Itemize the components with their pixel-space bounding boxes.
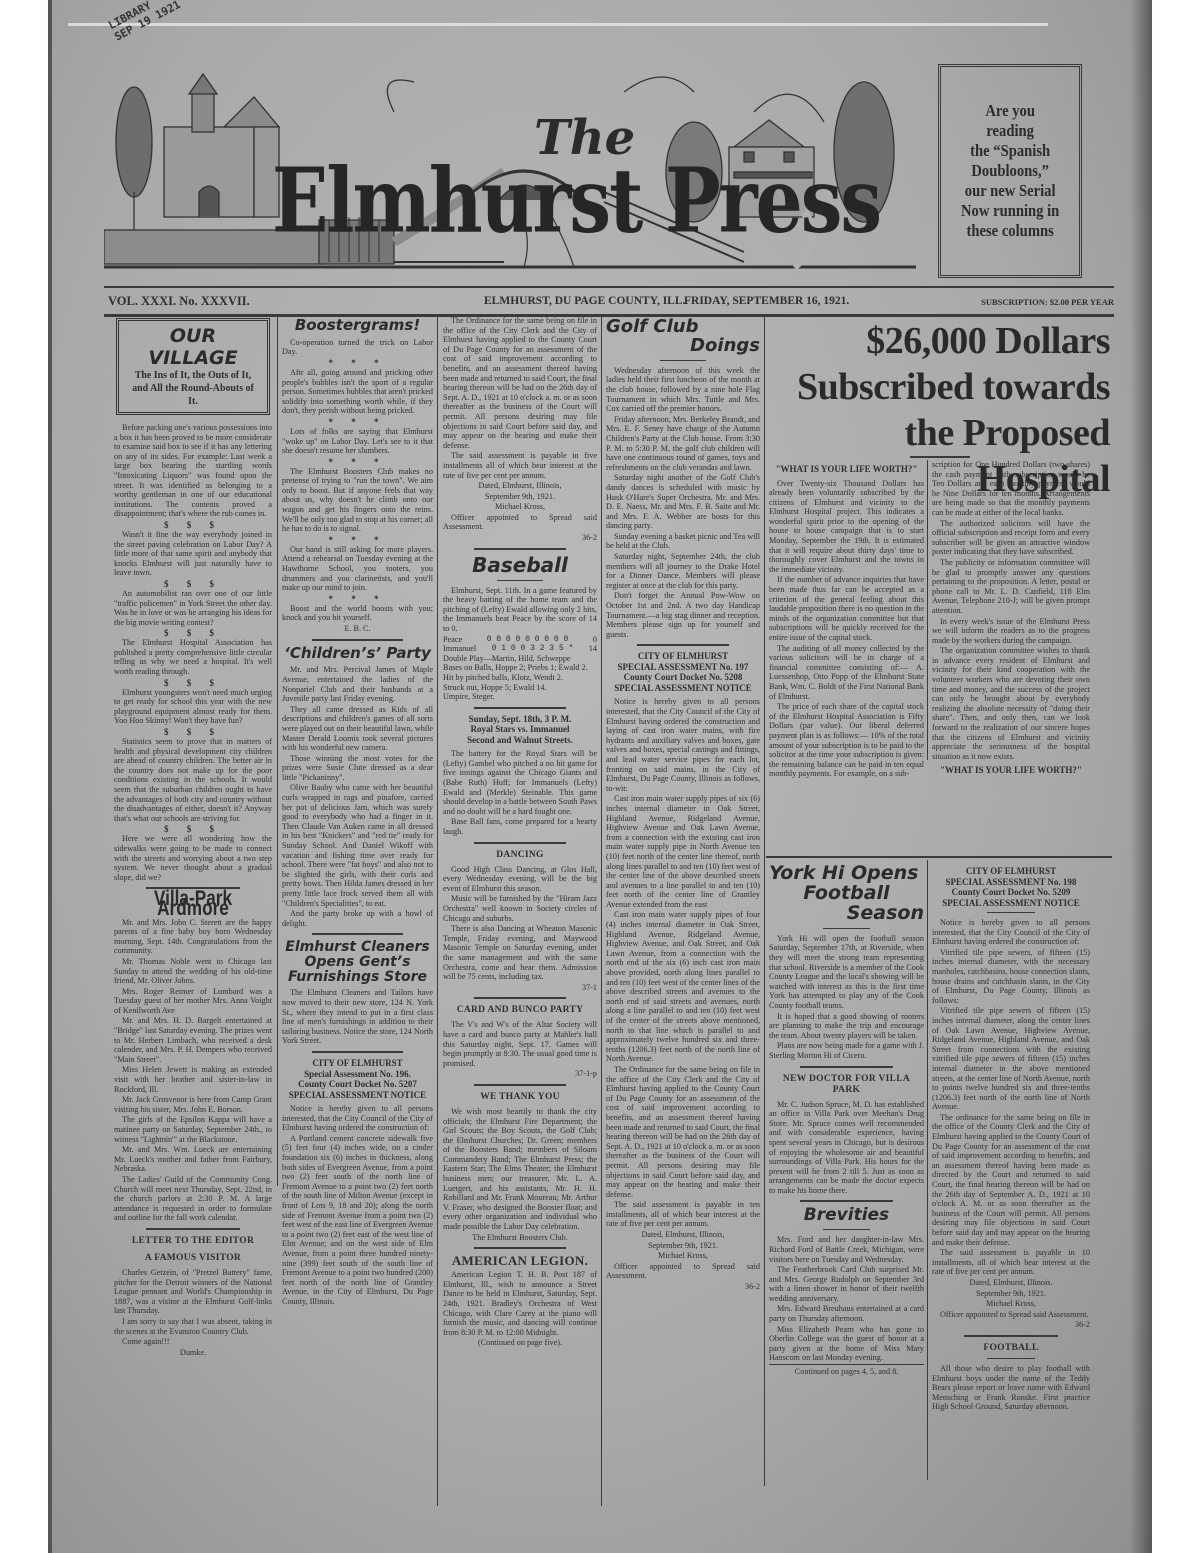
cleaners-heading: Elmhurst Cleaners Opens Gent’s Furnishin… <box>282 940 433 984</box>
article-paragraph: We wish most heartily to thank the city … <box>443 1107 597 1232</box>
article-paragraph: Mrs. Edward Breuhaus entertained at a ca… <box>769 1304 924 1323</box>
article-paragraph: Saturday night another of the Golf Club'… <box>606 473 760 531</box>
heading-line: York Hi Opens <box>769 864 924 884</box>
article-paragraph: Don't forget the Annual Pow-Wow on Octob… <box>606 591 760 639</box>
section-divider <box>987 912 1034 913</box>
article-paragraph: York Hi will open the football season Sa… <box>769 934 924 1011</box>
publication-place: ELMHURST, DU PAGE COUNTY, ILL. <box>484 295 685 307</box>
column-rule <box>277 316 278 1186</box>
column-rule <box>927 860 928 1480</box>
article-paragraph: The battery for the Royal Stars will be … <box>443 749 597 816</box>
baseball-heading: Baseball <box>443 555 597 576</box>
childrens-party-heading: ‘Children’s’ Party <box>282 646 433 662</box>
letter-signature: Dumke. <box>114 1348 272 1358</box>
top-rule <box>68 23 1048 26</box>
hospital-closing: "WHAT IS YOUR LIFE WORTH?" <box>932 765 1090 776</box>
heading-line: Doings <box>606 337 760 356</box>
baseball-stat: Double Play—Martin, Hild, Schweppe <box>443 654 597 664</box>
article-paragraph: Saturday night, September 24th, the club… <box>606 552 760 590</box>
heading-line: Season <box>769 904 924 924</box>
article-paragraph: The Ordinance for the same being on file… <box>606 1065 760 1199</box>
article-paragraph: The said assessment is payable in 10 ins… <box>932 1248 1090 1277</box>
article-paragraph: The Featherbrook Card Club surprised Mr.… <box>769 1265 924 1303</box>
new-doctor-heading: NEW DOCTOR FOR VILLA PARK <box>769 1074 924 1096</box>
article-paragraph: Olive Bauby who came with her beautiful … <box>282 783 433 908</box>
linescore-row: Peace 0 0 0 0 0 0 0 0 0 0 <box>443 635 597 645</box>
divider-mark: * * * <box>282 535 433 545</box>
serial-ad-line: these columns <box>961 221 1059 241</box>
brevities-heading: Brevities <box>769 1207 924 1225</box>
article-paragraph: I am sorry to say that I was absent, tak… <box>114 1317 272 1336</box>
article-paragraph: The said assessment is payable in ten in… <box>606 1200 760 1229</box>
column-3: The Ordinance for the same being on file… <box>443 316 597 1348</box>
our-village-title: OUR VILLAGE <box>123 325 263 369</box>
newspaper-title: Elmhurst Press <box>272 150 880 253</box>
ad-code: 37-1-p <box>443 1069 597 1079</box>
letter-title: A FAMOUS VISITOR <box>114 1253 272 1264</box>
column-rule <box>601 316 602 1506</box>
heading-line: Football <box>769 884 924 904</box>
article-paragraph: Mr. and Mrs. H. D. Bargelt entertained a… <box>114 1016 272 1064</box>
article-paragraph: Over Twenty-six Thousand Dollars has alr… <box>769 479 924 575</box>
baseball-stat: Umpire, Steger. <box>443 692 597 702</box>
notice-line: SPECIAL ASSESSMENT NOTICE <box>282 1090 433 1101</box>
article-paragraph: Base Ball fans, come prepared for a hear… <box>443 817 597 836</box>
article-paragraph: The ordinance for the same being on file… <box>932 1113 1090 1247</box>
baseball-stat: Bases on Balls, Hoppe 2; Priebs 1; Ewald… <box>443 663 597 673</box>
football-heading: FOOTBALL <box>932 1343 1090 1354</box>
linescore-innings: 0 1 0 0 3 2 3 5 * <box>492 644 574 654</box>
notice-officer-title: Officer appointed to Spread said Assessm… <box>932 1310 1090 1320</box>
article-paragraph: Good High Class Dancing, at Glos Hall, e… <box>443 865 597 894</box>
column-6: scription for One Hundred Dollars (two s… <box>932 460 1090 780</box>
divider-mark: * * * <box>282 358 433 368</box>
section-divider <box>474 1084 566 1086</box>
section-divider <box>312 639 403 641</box>
publication-date: FRIDAY, SEPTEMBER 16, 1921. <box>684 295 849 307</box>
linescore-total: 14 <box>589 644 597 654</box>
article-paragraph: The said assessment is payable in five i… <box>443 451 597 480</box>
heading-line: Furnishings Store <box>282 970 433 985</box>
section-divider <box>474 842 566 844</box>
ad-code: 37-1 <box>443 983 597 993</box>
section-divider <box>637 644 729 646</box>
continued-note: Continued on pages 4, 5, and 8. <box>769 1364 924 1377</box>
notice-dated: Dated, Elmhurst, Illinois. <box>932 1278 1090 1288</box>
article-paragraph: The Elmhurst Boosters Club makes no pret… <box>282 467 433 534</box>
serial-ad-line: Doubloons,” <box>961 161 1059 181</box>
linescore-team: Immanuel <box>443 644 476 654</box>
legion-heading: AMERICAN LEGION. <box>443 1255 597 1266</box>
article-paragraph: The V's and W's of the Altar Society wil… <box>443 1020 597 1068</box>
article-paragraph: Come again!!! <box>114 1337 272 1347</box>
notice-line: SPECIAL ASSESSMENT NOTICE <box>606 683 760 694</box>
column-6-lower: CITY OF ELMHURST SPECIAL ASSESSMENT No. … <box>932 862 1090 1413</box>
section-divider <box>823 1229 870 1230</box>
notice-officer: Michael Kross, <box>443 502 597 512</box>
masthead: The Elmhurst Press <box>104 52 916 272</box>
article-paragraph: Miss Elizabeth Pearn who has gone to Obe… <box>769 1325 924 1363</box>
article-paragraph: Mr. Jack Grosvenor is here from Camp Gra… <box>114 1095 272 1114</box>
article-paragraph: Here we were all wondering how the sidew… <box>114 834 272 882</box>
divider-mark: $ $ $ <box>114 628 272 638</box>
column-rule <box>927 460 928 760</box>
thank-you-signature: The Elmhurst Boosters Club. <box>443 1233 597 1243</box>
article-paragraph: Before packing one's various possessions… <box>114 423 272 519</box>
baseball-stat: Struck out, Hoppe 5; Ewald 14. <box>443 683 597 693</box>
article-paragraph: The girls of the Epsilon Kappa will have… <box>114 1115 272 1144</box>
article-paragraph: Notice is hereby given to all persons in… <box>932 918 1090 947</box>
our-village-subtitle: The Ins of It, the Outs of It, and All t… <box>130 369 256 408</box>
divider-mark: $ $ $ <box>114 824 272 834</box>
notice-197-header: CITY OF ELMHURST SPECIAL ASSESSMENT No. … <box>606 651 760 693</box>
article-paragraph: Boost and the world boosts with you; kno… <box>282 604 433 623</box>
section-rule <box>766 856 1112 858</box>
section-divider <box>800 1066 893 1068</box>
our-village-header: OUR VILLAGE The Ins of It, the Outs of I… <box>116 318 270 415</box>
article-paragraph: Mr. and Mrs. John C. Sterett are the hap… <box>114 918 272 956</box>
volume-number: VOL. XXXI. No. XXXVII. <box>108 294 250 309</box>
notice-officer-title: Officer appointed to Spread said Assessm… <box>443 513 597 532</box>
article-paragraph: Mr. and Mrs. Percival James of Maple Ave… <box>282 665 433 703</box>
article-paragraph: Charles Getzein, of "Pretzel Battery" fa… <box>114 1268 272 1316</box>
notice-code: 36-2 <box>606 1282 760 1292</box>
divider-mark: * * * <box>282 457 433 467</box>
column-rule <box>764 316 765 1486</box>
column-5-lower: York Hi Opens Football Season York Hi wi… <box>769 862 924 1377</box>
article-paragraph: American Legion T. H. B. Post 187 of Elm… <box>443 1270 597 1337</box>
article-paragraph: All those who desire to play football wi… <box>932 1364 1090 1412</box>
article-paragraph: The organization committee wishes to tha… <box>932 646 1090 761</box>
notice-officer-title: Officer appointed to Spread said Assessm… <box>606 1262 760 1281</box>
serial-advert-box: Are you reading the “Spanish Doubloons,”… <box>938 64 1082 278</box>
section-divider <box>474 1247 566 1249</box>
article-paragraph: Wasn't it fine the way everybody joined … <box>114 530 272 578</box>
continued-note: (Continued on page five). <box>443 1338 597 1348</box>
dancing-heading: DANCING <box>443 850 597 861</box>
divider-mark: * * * <box>282 417 433 427</box>
notice-198-header: CITY OF ELMHURST SPECIAL ASSESSMENT No. … <box>932 866 1090 908</box>
notice-line: SPECIAL ASSESSMENT NOTICE <box>932 898 1090 909</box>
column-4: Golf Club Doings Wednesday afternoon of … <box>606 316 760 1292</box>
article-paragraph: Miss Helen Jewett is making an extended … <box>114 1065 272 1094</box>
column-rule <box>437 316 438 1506</box>
serial-ad-line: the “Spanish <box>961 141 1059 161</box>
notice-officer: Michael Kross, <box>606 1251 760 1261</box>
article-paragraph: The Elmhurst Cleaners and Tailors have n… <box>282 988 433 1046</box>
notice-dated: Dated, Elmhurst, Illinois, <box>443 481 597 491</box>
dateline: VOL. XXXI. No. XXXVII. ELMHURST, DU PAGE… <box>104 286 1114 317</box>
york-hi-heading: York Hi Opens Football Season <box>769 864 924 924</box>
heading-line: Opens Gent’s <box>282 955 433 970</box>
article-paragraph: Co-operation turned the trick on Labor D… <box>282 338 433 357</box>
article-paragraph: Those winning the most votes for the pri… <box>282 754 433 783</box>
section-divider <box>823 928 870 929</box>
section-divider <box>312 1051 403 1053</box>
notice-line: County Court Docket No. 5208 <box>606 672 760 683</box>
article-paragraph: Mr. and Mrs. Wm. Lueck are entertaining … <box>114 1145 272 1174</box>
serial-ad-line: reading <box>961 121 1059 141</box>
article-paragraph: There is also Dancing at Wheaton Masonic… <box>443 924 597 982</box>
next-game-line: Sunday, Sept. 18th, 3 P. M. <box>443 714 597 725</box>
serial-ad-line: our new Serial <box>961 181 1059 201</box>
notice-line: SPECIAL ASSESSMENT No. 198 <box>932 877 1090 888</box>
section-divider <box>660 360 706 361</box>
article-paragraph: Notice is hereby given to all persons in… <box>606 697 760 793</box>
section-divider <box>497 580 543 581</box>
section-divider <box>146 1228 241 1230</box>
article-paragraph: Wednesday afternoon of this week the lad… <box>606 366 760 414</box>
notice-date: September 9th, 1921. <box>443 492 597 502</box>
hospital-kicker: "WHAT IS YOUR LIFE WORTH?" <box>769 464 924 475</box>
article-paragraph: Vitrified tile pipe sewers, of fifteen (… <box>932 948 1090 1006</box>
article-paragraph: Notice is hereby given to all persons in… <box>282 1104 433 1133</box>
notice-line: Special Assessment No. 196. <box>282 1069 433 1080</box>
notice-196-header: CITY OF ELMHURST Special Assessment No. … <box>282 1058 433 1100</box>
divider-mark: $ $ $ <box>114 520 272 530</box>
notice-dated: Dated, Elmhurst, Illinois, <box>606 1230 760 1240</box>
bunco-heading: CARD AND BUNCO PARTY <box>443 1005 597 1016</box>
notice-date: September 9th, 1921. <box>932 1289 1090 1299</box>
next-game-line: Royal Stars vs. Immanuel <box>443 724 597 735</box>
linescore-innings: 0 0 0 0 0 0 0 0 0 <box>487 635 569 645</box>
boosters-signature: E. B. C. <box>282 624 433 634</box>
notice-line: County Court Docket No. 5207 <box>282 1079 433 1090</box>
letter-heading: LETTER TO THE EDITOR <box>114 1236 272 1247</box>
article-paragraph: If the number of advance inquiries that … <box>769 575 924 642</box>
article-paragraph: Mrs. Ford and her daughter-in-law Mrs. R… <box>769 1235 924 1264</box>
section-divider <box>312 933 403 935</box>
divider-mark: $ $ $ <box>114 579 272 589</box>
article-paragraph: The price of each share of the capital s… <box>769 702 924 779</box>
linescore-row: Immanuel 0 1 0 0 3 2 3 5 * 14 <box>443 644 597 654</box>
section-divider <box>964 1335 1059 1337</box>
article-paragraph: Our band is still asking for more player… <box>282 545 433 593</box>
article-paragraph: The Ladies' Guild of the Community Cong.… <box>114 1175 272 1223</box>
subscription-price: SUBSCRIPTION: $2.00 PER YEAR <box>981 297 1114 307</box>
article-paragraph: Aftr all, going around and pricking othe… <box>282 368 433 416</box>
section-divider <box>474 707 566 709</box>
section-divider <box>800 1200 893 1202</box>
notice-code: 36-2 <box>932 1320 1090 1330</box>
article-paragraph: Mr. Thomas Noble went to Chicago last Su… <box>114 957 272 986</box>
notice-date: September 9th, 1921. <box>606 1241 760 1251</box>
villa-park-heading: Villa-Park Ardmore <box>128 894 258 913</box>
boostergrams-heading: Boostergrams! <box>282 318 433 334</box>
next-game-line: Second and Walnut Streets. <box>443 735 597 746</box>
section-divider <box>474 997 566 999</box>
article-paragraph: And the party broke up with a howl of de… <box>282 909 433 928</box>
article-paragraph: Music will be furnished by the "Hiram Ja… <box>443 894 597 923</box>
article-paragraph: The Elmhurst Hospital Association has pu… <box>114 638 272 676</box>
next-game-header: Sunday, Sept. 18th, 3 P. M. Royal Stars … <box>443 714 597 746</box>
article-paragraph: Cast iron main water supply pipes of six… <box>606 794 760 909</box>
article-paragraph: An automobilist ran over one of our litt… <box>114 589 272 627</box>
notice-line: CITY OF ELMHURST <box>282 1058 433 1069</box>
article-paragraph: Cast iron main water supply pipes of fou… <box>606 910 760 1064</box>
notice-code: 36-2 <box>443 533 597 543</box>
headline-rule <box>910 456 970 458</box>
notice-line: SPECIAL ASSESSMENT No. 197 <box>606 662 760 673</box>
article-paragraph: The authorized solicitors will have the … <box>932 519 1090 557</box>
article-paragraph: It is hoped that a good showing of roote… <box>769 1012 924 1041</box>
column-1: OUR VILLAGE The Ins of It, the Outs of I… <box>114 316 272 1357</box>
article-paragraph: Sunday evening a basket picnic and Tea w… <box>606 532 760 551</box>
article-paragraph: Mrs. Roger Reimer of Lombard was a Tuesd… <box>114 987 272 1016</box>
notice-officer: Michael Kross, <box>932 1299 1090 1309</box>
article-paragraph: Vitrified tile pipe sewers of fifteen (1… <box>932 1006 1090 1112</box>
baseball-stat: Hit by pitched balls, Klotz, Wendt 2. <box>443 673 597 683</box>
golf-heading: Golf Club Doings <box>606 318 760 356</box>
notice-line: CITY OF ELMHURST <box>932 866 1090 877</box>
article-paragraph: In every week's issue of the Elmhurst Pr… <box>932 617 1090 646</box>
article-paragraph: Lots of folks are saying that Elmhurst "… <box>282 427 433 456</box>
serial-ad-line: Now running in <box>961 201 1059 221</box>
thank-you-heading: WE THANK YOU <box>443 1092 597 1103</box>
section-divider <box>474 548 566 550</box>
linescore-total: 0 <box>593 635 597 645</box>
linescore-team: Peace <box>443 635 462 645</box>
article-paragraph: Elmhurst youngsters won't need much urgi… <box>114 688 272 726</box>
article-paragraph: The Ordinance for the same being on file… <box>443 316 597 450</box>
notice-line: CITY OF ELMHURST <box>606 651 760 662</box>
article-paragraph: The publicity or information committee w… <box>932 558 1090 616</box>
article-paragraph: Mr. C. Judson Spruce, M. D. has establis… <box>769 1100 924 1196</box>
section-divider <box>987 1358 1034 1359</box>
article-paragraph: The auditing of all money collected by t… <box>769 644 924 702</box>
column-5: "WHAT IS YOUR LIFE WORTH?" Over Twenty-s… <box>769 460 924 780</box>
article-paragraph: Elmhurst, Sept. 11th. In a game featured… <box>443 586 597 634</box>
divider-mark: * * * <box>282 594 433 604</box>
article-paragraph: Statistics seem to prove that in matters… <box>114 737 272 823</box>
notice-line: County Court Docket No. 5209 <box>932 887 1090 898</box>
library-stamp: LIBRARY SEP 19 1921 <box>106 0 183 44</box>
article-paragraph: Plans are now being made for a game with… <box>769 1041 924 1060</box>
article-paragraph: A Portland cement concrete sidewalk five… <box>282 1134 433 1307</box>
heading-line: Elmhurst Cleaners <box>282 940 433 955</box>
article-paragraph: scription for One Hundred Dollars (two s… <box>932 460 1090 518</box>
divider-mark: $ $ $ <box>114 727 272 737</box>
article-paragraph: Friday afternoon, Mrs. Berkeley Brandt, … <box>606 415 760 473</box>
article-paragraph: They all came dressed as Kids of all des… <box>282 705 433 753</box>
divider-mark: $ $ $ <box>114 678 272 688</box>
serial-ad-line: Are you <box>961 101 1059 121</box>
column-2: Boostergrams! Co-operation turned the tr… <box>282 316 433 1307</box>
